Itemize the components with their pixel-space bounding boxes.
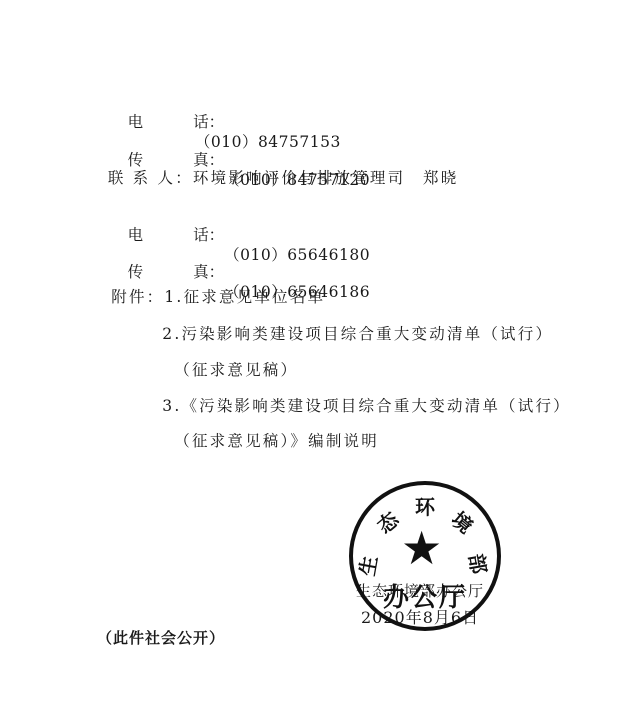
attachment-3-line2: （征求意见稿）》编制说明 bbox=[160, 411, 379, 451]
star-icon: ★ bbox=[401, 525, 442, 571]
seal-char: 环 bbox=[415, 491, 435, 520]
attachment-2-line1: 2.污染影响类建设项目综合重大变动清单（试行） bbox=[148, 304, 553, 344]
seal-char: 部 bbox=[463, 551, 495, 576]
attachment-1: 附件：1.征求意见单位名单 bbox=[97, 267, 325, 307]
seal-char: 生 bbox=[351, 553, 383, 578]
seal-char: 境 bbox=[446, 504, 480, 539]
seal-char: 态 bbox=[370, 504, 404, 539]
attachment-3-line1: 3.《污染影响类建设项目综合重大变动清单（试行） bbox=[148, 376, 571, 416]
public-notice: （此件社会公开） bbox=[97, 627, 225, 648]
seal-bottom-text: 办公厅 bbox=[383, 577, 467, 614]
attachment-title-cont: （征求意见稿）》编制说明 bbox=[174, 432, 379, 450]
official-seal: 生 态 环 境 部 ★ 办公厅 bbox=[349, 481, 501, 631]
attachment-2-line2: （征求意见稿） bbox=[160, 340, 298, 380]
contact-person: 联 系 人：环境影响评价与排放管理司 郑晓 bbox=[97, 148, 458, 188]
